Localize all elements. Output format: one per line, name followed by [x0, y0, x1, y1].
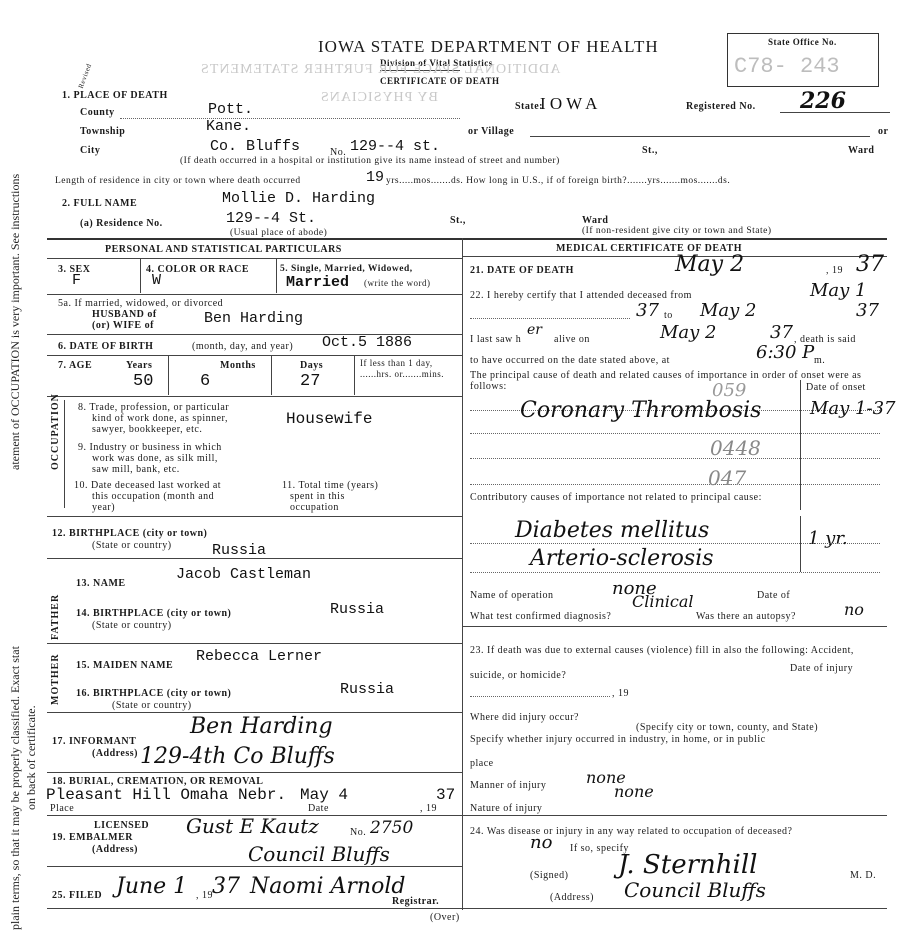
divider: [47, 866, 462, 867]
cause-code-2: 0448: [710, 436, 761, 460]
trade-label-3: sawyer, bookkeeper, etc.: [92, 424, 202, 435]
length-years: 19: [366, 169, 384, 186]
date-of-death: May 2: [675, 252, 744, 277]
license-no-label: No.: [350, 827, 366, 838]
residence-label: (a) Residence No.: [80, 218, 163, 229]
manner-label: Manner of injury: [470, 780, 546, 791]
nature-value: none: [614, 782, 654, 801]
birthplace-label: 12. BIRTHPLACE (city or town): [52, 528, 207, 539]
industry-label-3: saw mill, bank, etc.: [92, 464, 180, 475]
injury-year-label: , 19: [612, 688, 629, 699]
date-label: Date: [308, 803, 329, 814]
father-side-label: FATHER: [50, 594, 61, 640]
informant-address: 129-4th Co Bluffs: [140, 744, 335, 769]
residence-note: (Usual place of abode): [230, 228, 327, 238]
or-label: or: [878, 126, 888, 137]
onset-label: Date of onset: [806, 382, 866, 393]
age-days: 27: [300, 372, 320, 391]
age-label: 7. AGE: [58, 360, 92, 371]
burial-place: Pleasant Hill Omaha Nebr.: [46, 786, 286, 804]
divider: [47, 516, 462, 517]
divider: [271, 355, 272, 395]
place-label: Place: [50, 803, 74, 814]
registered-line: [780, 112, 890, 113]
registrar-signature: Naomi Arnold: [250, 874, 405, 899]
father-name-label: 13. NAME: [76, 578, 126, 589]
industry-label-2: work was done, as silk mill,: [92, 453, 218, 464]
attended-to-year: 37: [856, 300, 879, 321]
dob-label: 6. DATE OF BIRTH: [58, 341, 153, 352]
mother-birthplace-value: Russia: [340, 681, 394, 698]
nonresident-note: (If non-resident give city or town and S…: [582, 226, 772, 236]
residence-value: 129--4 St.: [226, 210, 316, 227]
divider: [47, 396, 462, 397]
autopsy-value: no: [844, 600, 864, 619]
mother-side-label: MOTHER: [50, 653, 61, 705]
mother-birthplace-label: 16. BIRTHPLACE (city or town): [76, 688, 231, 699]
village-label: or Village: [468, 126, 514, 137]
principal-cause: Coronary Thrombosis: [520, 398, 761, 423]
divider: [47, 258, 462, 259]
autopsy-label: Was there an autopsy?: [696, 611, 796, 622]
ghost-text-2: BY PHYSICIANS: [320, 90, 438, 106]
contributory-label: Contributory causes of importance not re…: [470, 492, 800, 503]
res-st-label: St.,: [450, 215, 466, 226]
filed-year: 37: [212, 874, 240, 899]
length-label: Length of residence in city or town wher…: [55, 176, 301, 186]
embalmer-address: Council Bluffs: [248, 842, 390, 866]
operation-label: Name of operation: [470, 590, 553, 601]
last-worked-label-2: this occupation (month and: [92, 491, 214, 502]
ward-label: Ward: [848, 145, 874, 156]
father-birthplace-value: Russia: [330, 601, 384, 618]
father-birthplace-label: 14. BIRTHPLACE (city or town): [76, 608, 231, 619]
divider: [800, 516, 801, 572]
m-label: m.: [814, 355, 825, 366]
divider: [47, 643, 462, 644]
time-of-death: 6:30 P: [756, 342, 814, 363]
last-worked-label-1: 10. Date deceased last worked at: [74, 480, 221, 491]
length-rest: yrs.....mos.......ds. How long in U.S., …: [386, 176, 730, 186]
to-label: to: [664, 310, 673, 321]
st-label: St.,: [642, 145, 658, 156]
filed-date: June 1: [116, 874, 187, 899]
date-line: [470, 318, 630, 319]
attended-from-year: 37: [636, 300, 659, 321]
license-no: 2750: [370, 818, 413, 838]
total-time-label-1: 11. Total time (years): [282, 480, 378, 491]
divider: [47, 712, 462, 713]
marital-value: Married: [286, 274, 349, 291]
last-saw-year: 37: [770, 322, 793, 343]
county-label: County: [80, 107, 115, 118]
state-office-box: State Office No. C78- 243: [727, 33, 879, 87]
death-year-prefix: , 19: [826, 265, 843, 276]
contributory-cause-1: Diabetes mellitus: [515, 518, 709, 543]
months-label: Months: [220, 360, 256, 371]
cause-line: [470, 433, 880, 434]
years-label: Years: [126, 360, 152, 371]
injury-date-line: [470, 696, 610, 697]
divider: [140, 258, 141, 293]
race-label: 4. COLOR OR RACE: [146, 264, 249, 275]
embalmer-label-2: 19. EMBALMER: [52, 832, 133, 843]
county-value: Pott.: [208, 101, 253, 118]
over-label: (Over): [430, 912, 460, 923]
informant-name: Ben Harding: [190, 714, 333, 739]
injury-date-label: Date of injury: [790, 663, 853, 674]
divider: [47, 908, 887, 909]
total-time-label-2: spent in this: [290, 491, 345, 502]
divider: [47, 355, 462, 356]
divider: [168, 355, 169, 395]
industry-label-1: 9. Industry or business in which: [78, 442, 222, 453]
city-value: Co. Bluffs: [210, 138, 300, 155]
revised-stamp: Revised: [77, 62, 93, 89]
mother-maiden-label: 15. MAIDEN NAME: [76, 660, 173, 671]
divider: [64, 400, 65, 508]
divider: [47, 772, 462, 773]
county-line: [120, 118, 460, 119]
marital-note: (write the word): [364, 278, 430, 288]
section-divider: [47, 238, 887, 240]
birthplace-value: Russia: [212, 542, 266, 559]
date-of-label: Date of: [757, 590, 790, 601]
attended-from: May 1: [810, 280, 867, 301]
margin-instructions: atement of OCCUPATION is very important.…: [0, 0, 40, 937]
spouse-label-1: 5a. If married, widowed, or divorced: [58, 298, 223, 309]
cause-line: [470, 484, 880, 485]
divider: [276, 258, 277, 293]
full-name-label: 2. FULL NAME: [62, 198, 137, 209]
physician-signature: J. Sternhill: [618, 850, 757, 880]
hospital-note: (If death occurred in a hospital or inst…: [180, 156, 560, 166]
burial-year: 37: [436, 786, 455, 804]
father-birthplace-sub: (State or country): [92, 620, 172, 631]
marital-label: 5. Single, Married, Widowed,: [280, 264, 413, 274]
less-than-day: If less than 1 day, ......hrs. or.......…: [360, 358, 460, 380]
test-label: What test confirmed diagnosis?: [470, 611, 611, 622]
divider: [462, 815, 887, 816]
embalmer-address-label: (Address): [92, 844, 138, 855]
attended-to: May 2: [700, 300, 757, 321]
contributory-cause-2: Arterio-sclerosis: [530, 546, 714, 571]
place-injury-label: place: [470, 758, 494, 769]
spouse-label-2: HUSBAND of: [92, 309, 157, 320]
principal-onset: May 1-37: [810, 398, 896, 419]
occupation-side-label: OCCUPATION: [50, 393, 61, 470]
embalmer-name: Gust E Kautz: [186, 814, 319, 838]
full-name-value: Mollie D. Harding: [222, 190, 375, 207]
father-name-value: Jacob Castleman: [176, 566, 311, 583]
where-note: (Specify city or town, county, and State…: [636, 722, 818, 733]
alive-on-label: alive on: [554, 334, 590, 345]
mother-maiden-value: Rebecca Lerner: [196, 648, 322, 665]
cause-code-3: 047: [708, 466, 746, 490]
cause-code-1: 059: [712, 380, 746, 401]
state-office-label: State Office No.: [768, 37, 837, 47]
margin-note-top: atement of OCCUPATION is very important.…: [8, 174, 23, 470]
trade-label-1: 8. Trade, profession, or particular: [78, 402, 229, 413]
cause-line: [470, 458, 880, 459]
margin-note-bottom: plain terms, so that it may be properly …: [8, 646, 23, 930]
last-saw-date: May 2: [660, 322, 717, 343]
signed-label: (Signed): [530, 870, 568, 881]
registered-label: Registered No.: [686, 101, 756, 112]
filed-label: 25. FILED: [52, 890, 102, 901]
divider: [47, 294, 462, 295]
mother-birthplace-sub: (State or country): [112, 700, 192, 711]
total-time-label-3: occupation: [290, 502, 339, 513]
informant-label: 17. INFORMANT: [52, 736, 136, 747]
res-ward-label: Ward: [582, 215, 608, 226]
cause-line: [470, 572, 880, 573]
nature-label: Nature of injury: [470, 803, 542, 814]
last-worked-label-3: year): [92, 502, 115, 513]
md-label: M. D.: [850, 870, 876, 881]
margin-note-bottom2: on back of certificate.: [24, 705, 39, 810]
death-year: 37: [856, 252, 884, 277]
birthplace-sub: (State or country): [92, 540, 172, 551]
registrar-label: Registrar.: [392, 896, 439, 907]
dob-value: Oct.5 1886: [322, 334, 412, 351]
days-label: Days: [300, 360, 323, 371]
state-office-number: C78- 243: [734, 54, 840, 79]
dob-note: (month, day, and year): [192, 341, 293, 352]
informant-address-label: (Address): [92, 748, 138, 759]
physician-address-label: (Address): [550, 892, 594, 903]
township-label: Township: [80, 126, 125, 137]
contributory-onset: 1 yr.: [808, 528, 848, 549]
divider: [800, 380, 801, 510]
year-label: , 19: [420, 803, 437, 814]
village-line: [530, 136, 870, 137]
burial-date: May 4: [300, 786, 348, 804]
column-divider: [462, 238, 463, 910]
sex-value: F: [72, 272, 81, 289]
trade-value: Housewife: [286, 410, 372, 428]
personal-section-title: PERSONAL AND STATISTICAL PARTICULARS: [105, 244, 342, 255]
city-label: City: [80, 145, 100, 156]
state-label: State:: [515, 101, 543, 112]
test-value: Clinical: [632, 592, 694, 611]
occupation-related-value: no: [530, 832, 552, 853]
last-saw-label: I last saw h: [470, 334, 521, 345]
where-label: Where did injury occur?: [470, 712, 579, 723]
divider: [47, 558, 462, 559]
spouse-value: Ben Harding: [204, 310, 303, 327]
divider: [462, 626, 887, 627]
spouse-label-3: (or) WIFE of: [92, 320, 154, 331]
age-years: 50: [133, 372, 153, 391]
state-value: I O W A: [540, 94, 597, 114]
date-of-death-label: 21. DATE OF DEATH: [470, 265, 574, 276]
divider: [354, 355, 355, 395]
ghost-text-1: ADDITIONAL SPACE FOR FURTHER STATEMENTS: [200, 62, 560, 78]
page-title: IOWA STATE DEPARTMENT OF HEALTH: [318, 37, 659, 57]
race-value: W: [152, 272, 161, 289]
place-of-death-label: 1. PLACE OF DEATH: [62, 90, 168, 101]
street-no-value: 129--4 st.: [350, 138, 440, 155]
specify-label: Specify whether injury occurred in indus…: [470, 734, 766, 745]
trade-label-2: kind of work done, as spinner,: [92, 413, 228, 424]
cause-line: [470, 543, 880, 544]
registered-number: 226: [800, 88, 846, 114]
township-value: Kane.: [206, 118, 251, 135]
filed-year-label: , 19: [196, 890, 213, 901]
last-saw-pronoun: er: [527, 322, 542, 338]
age-months: 6: [200, 372, 210, 391]
physician-address: Council Bluffs: [624, 878, 766, 902]
occurred-label: to have occurred on the date stated abov…: [470, 355, 670, 366]
embalmer-label-1: LICENSED: [94, 820, 149, 831]
